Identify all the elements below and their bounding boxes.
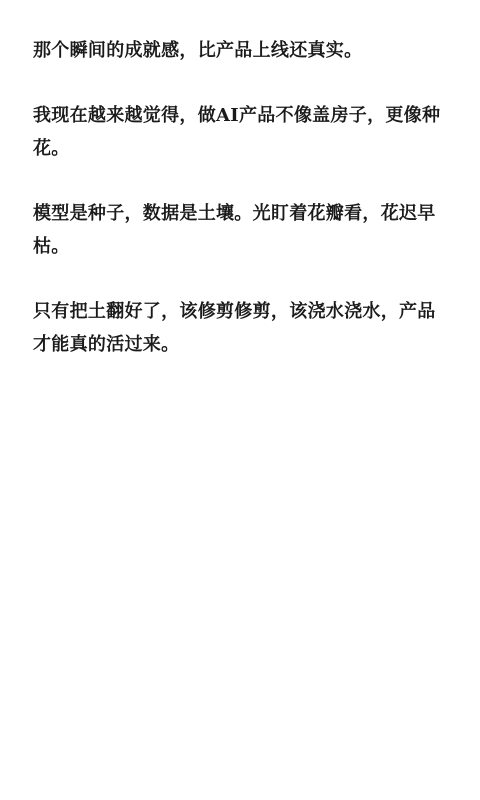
article-body: 那个瞬间的成就感，比产品上线还真实。 我现在越来越觉得，做AI产品不像盖房子，更… (33, 34, 448, 393)
paragraph: 那个瞬间的成就感，比产品上线还真实。 (33, 34, 448, 67)
paragraph: 我现在越来越觉得，做AI产品不像盖房子，更像种花。 (33, 99, 448, 165)
paragraph: 只有把土翻好了，该修剪修剪，该浇水浇水，产品才能真的活过来。 (33, 295, 448, 361)
paragraph: 模型是种子，数据是土壤。光盯着花瓣看，花迟早枯。 (33, 197, 448, 263)
